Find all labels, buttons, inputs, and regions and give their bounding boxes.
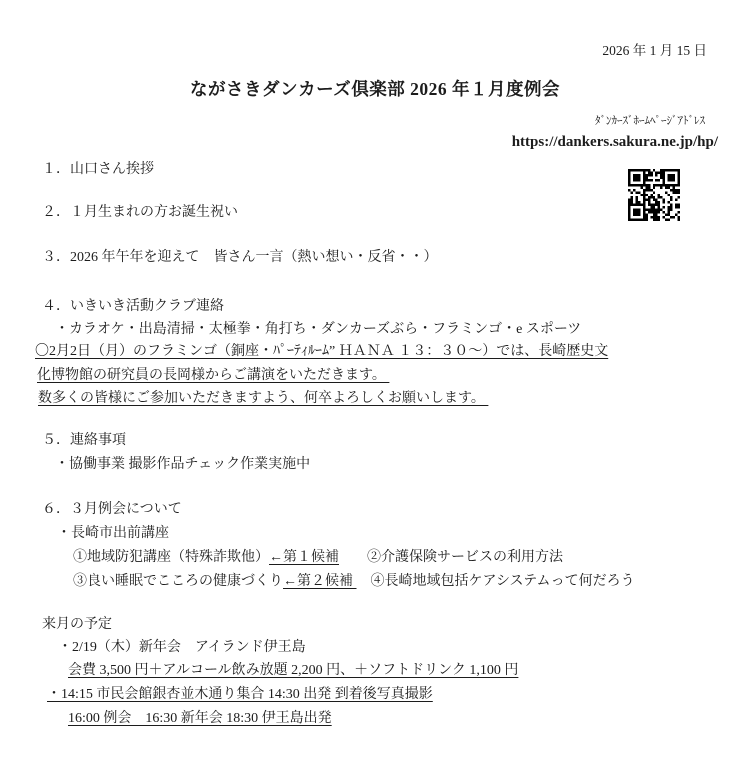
- lecture-options-row-1: ①地域防犯講座（特殊詐欺他）←第１候補 ②介護保険サービスの利用方法: [73, 549, 563, 567]
- qr-code-icon: [628, 169, 680, 221]
- agenda-item-6-heading: ６．３月例会について: [42, 501, 182, 519]
- flamingo-notice-line-3: 数多くの皆様にご参加いただきますよう、何卒よろしくお願いします。: [38, 390, 488, 408]
- agenda-item-1: １．山口さん挨拶: [42, 161, 154, 179]
- agenda-item-6-sub: ・長崎市出前講座: [57, 525, 169, 543]
- agenda-item-3: ３．2026 年午年を迎えて 皆さん一言（熱い想い・反省・・）: [42, 249, 438, 267]
- lecture-option-2: ②介護保険サービスの利用方法: [339, 550, 563, 565]
- next-month-heading: 来月の予定: [42, 616, 112, 634]
- document-page: 2026 年 1 月 15 日 ながさきダンカーズ倶楽部 2026 年１月度例会…: [0, 0, 750, 777]
- page-title: ながさきダンカーズ倶楽部 2026 年１月度例会: [0, 78, 750, 101]
- lecture-options-row-2: ③良い睡眠でこころの健康づくり←第２候補 ④長崎地域包括ケアシステムって何だろう: [73, 573, 635, 591]
- document-date: 2026 年 1 月 15 日: [602, 42, 707, 60]
- next-month-fee-line: 会費 3,500 円＋アルコール飲み放題 2,200 円、＋ソフトドリンク 1,…: [68, 662, 518, 680]
- lecture-option-1: ①地域防犯講座（特殊詐欺他）: [73, 550, 269, 565]
- agenda-item-5-note: ・協働事業 撮影作品チェック作業実施中: [55, 456, 310, 474]
- next-month-event-line: ・2/19（木）新年会 アイランド伊王島: [58, 639, 306, 657]
- lecture-option-3-candidate-note: ←第２候補: [283, 574, 357, 589]
- club-activities-list: ・カラオケ・出島清掃・太極拳・角打ち・ダンカーズぶら・フラミンゴ・e スポーツ: [55, 321, 581, 339]
- agenda-item-5-heading: ５．連絡事項: [42, 432, 126, 450]
- next-month-meetup-line: ・14:15 市民会館銀杏並木通り集合 14:30 出発 到着後写真撮影: [47, 686, 433, 704]
- next-month-timetable-line: 16:00 例会 16:30 新年会 18:30 伊王島出発: [68, 710, 332, 728]
- lecture-option-3: ③良い睡眠でこころの健康づくり: [73, 574, 283, 589]
- agenda-item-2: ２．１月生まれの方お誕生祝い: [42, 204, 238, 222]
- lecture-option-1-candidate-note: ←第１候補: [269, 550, 339, 565]
- homepage-url: https://dankers.sakura.ne.jp/hp/: [512, 133, 718, 153]
- agenda-item-4-heading: ４．いきいき活動クラブ連絡: [42, 298, 224, 316]
- lecture-option-4: ④長崎地域包括ケアシステムって何だろう: [357, 574, 635, 589]
- flamingo-notice-line-2: 化博物館の研究員の長岡様からご講演をいただきます。: [37, 367, 389, 385]
- homepage-address-label: ﾀﾞﾝｶｰｽﾞﾎｰﾑﾍﾟｰｼﾞｱﾄﾞﾚｽ: [595, 114, 705, 128]
- flamingo-notice-line-1: 〇2月2日（月）のフラミンゴ（銅座・ﾊﾟｰﾃｨﾙｰﾑ” ＨＡＮＡ １３：３０～）…: [35, 343, 608, 361]
